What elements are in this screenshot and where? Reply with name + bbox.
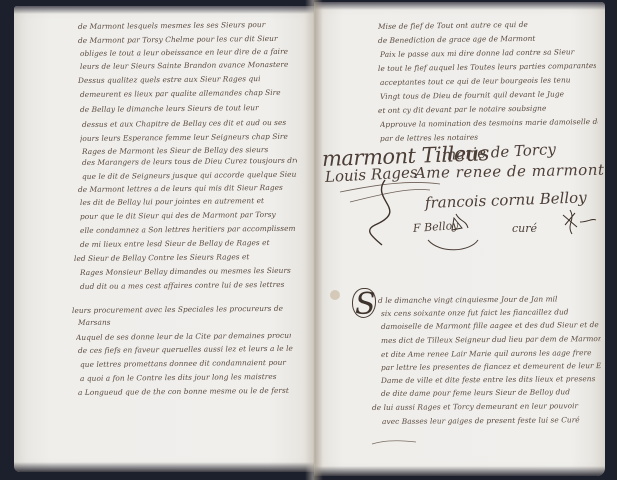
decorated-initial: S: [355, 290, 376, 320]
manuscript-spread: de Marmont lesquels mesmes les ses Sieur…: [0, 0, 617, 480]
manuscript-line: avec Basses leur gaiges de present feste…: [382, 415, 602, 426]
manuscript-line: Dame de ville et dite feste entre les di…: [381, 374, 601, 385]
right-page-bottom-edge: [314, 466, 605, 476]
manuscript-line: par lettre les presentes de fiancez et d…: [381, 361, 601, 372]
manuscript-line: de dite dame pour feme leurs Sieur de Be…: [381, 387, 601, 398]
manuscript-line: mes dict de Tilleux Seigneur dud lieu pa…: [381, 334, 601, 345]
left-page-bottom-edge: [14, 462, 314, 472]
paper-stain: [330, 290, 340, 300]
closing-flourish: [370, 438, 430, 448]
right-page-top-edge: [314, 2, 605, 10]
manuscript-line: damoiselle de Marmont fille aagee et des…: [381, 320, 601, 331]
manuscript-line: de lui aussi Rages et Torcy demeurant en…: [372, 401, 592, 412]
signature-flourishes: [320, 170, 600, 260]
manuscript-line: et dite Ame renee Lair Marie quil aurons…: [381, 348, 601, 359]
manuscript-line: six cens soixante onze fut faict les fia…: [381, 307, 601, 318]
left-page-top-edge: [14, 6, 314, 14]
manuscript-line: d le dimanche vingt cinquiesme Jour de J…: [378, 294, 593, 305]
